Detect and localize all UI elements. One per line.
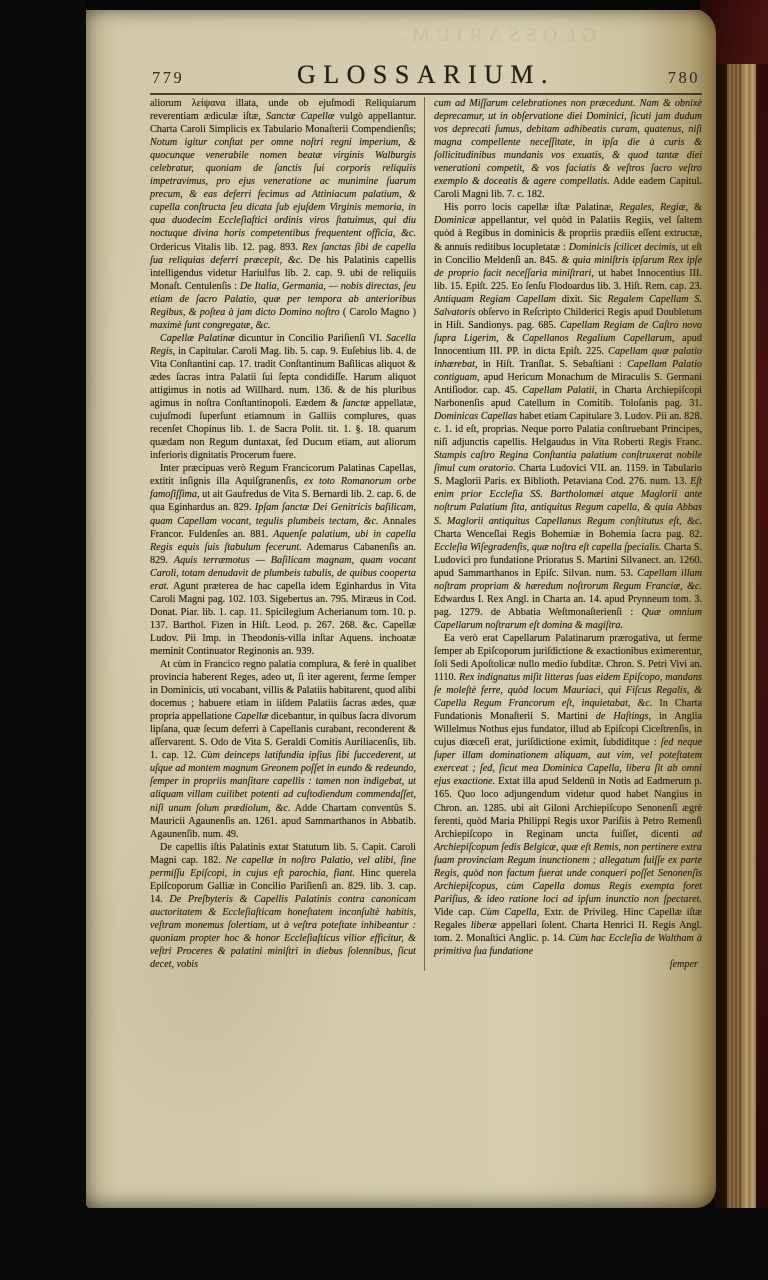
roman-text-segment: Charta Wenceſlai Regis Bohemiæ in Bohemi… [434,529,702,540]
page-edges-strip-light [742,0,756,1280]
italic-text-segment: Notum igitur conſtat per omne noſtri reg… [150,137,416,239]
scan-border-bottom [0,1208,768,1280]
column-779: aliorum λείψανα illata, unde ob ejuſmodi… [150,97,424,971]
italic-text-segment: Capellæ [234,711,268,722]
paragraph: Inter præcipuas verò Regum Francicorum P… [150,462,416,658]
paragraph: Capellæ Palatinæ dicuntur in Concilio Pa… [150,332,416,462]
header-rule [150,93,702,95]
roman-text-segment: , in Hiſt. Tranſlat. S. Sebaſtiani : [475,359,627,370]
paragraph: aliorum λείψανα illata, unde ob ejuſmodi… [150,97,416,332]
italic-text-segment: Capellæ Palatinæ [160,333,235,344]
italic-text-segment: Capellam Palatii [522,385,594,396]
italic-text-segment: de Haſtings [596,711,649,722]
roman-text-segment: ( Carolo Magno ) [343,307,416,318]
roman-text-segment: , & [496,333,522,344]
bleedthrough-title-ghost: GLOSSARIUM. [395,24,596,47]
italic-text-segment: Dominicis ſcilicet decimis [569,242,676,253]
paragraph: De capellis iſtis Palatinis extat Statut… [150,841,416,971]
column-780: cum ad Miſſarum celebrationes non præced… [424,97,702,971]
paragraph: Ea verò erat Capellarum Palatinarum prær… [434,632,702,958]
roman-text-segment: His porro locis capellæ iſtæ Palatinæ, [444,202,619,213]
scan-border-top [0,0,700,10]
italic-text-segment: ad Archiepiſcopum ſedis Belgicæ, quæ eſt… [434,829,702,905]
italic-text-segment: De Preſbyteris & Capellis Palatinis cont… [150,894,416,970]
italic-text-segment: Capellanos Regalium Capellarum [522,333,672,344]
italic-text-segment: ſanctæ [343,398,370,409]
roman-text-segment: Vide cap. [434,907,480,918]
roman-text-segment: dixit. Sic [556,294,608,305]
italic-text-segment: Dominicæ [434,215,476,226]
italic-text-segment: cum ad Miſſarum celebrationes non præced… [434,98,702,187]
columns: aliorum λείψανα illata, unde ob ejuſmodi… [150,97,702,971]
italic-text-segment: Dominicas Capellas [434,411,517,422]
running-header: 779 GLOSSARIUM. 780 [150,60,702,90]
italic-text-segment: liberæ [471,920,497,931]
catchword: ſemper [434,959,702,970]
roman-text-segment: Agunt præterea de hac capella idem Eginh… [150,581,416,657]
text-block: 779 GLOSSARIUM. 780 aliorum λείψανα illa… [150,60,702,971]
page-edges-strip [727,0,742,1280]
italic-text-segment: Cùm Capella [480,907,537,918]
italic-text-segment: Eccleſia Wiſegradenſis, quæ noſtra eſt c… [434,542,661,553]
paragraph: His porro locis capellæ iſtæ Palatinæ, R… [434,201,702,632]
paragraph: At cùm in Francico regno palatia complur… [150,658,416,841]
page-title: GLOSSARIUM. [297,60,555,90]
book-cover-edge [756,0,768,1280]
italic-text-segment: Sanctæ Capellæ [266,111,335,122]
scan-border-left [0,0,86,1280]
italic-text-segment: Antiquam Regiam Capellam [434,294,556,305]
roman-text-segment: & [688,202,702,213]
roman-text-segment: dicuntur in Concilio Pariſienſi VI. [235,333,386,344]
italic-text-segment: Regales, Regiæ, [619,202,688,213]
right-page-number: 780 [668,68,700,88]
left-page-number: 779 [152,68,184,88]
book-page: GLOSSARIUM. 779 GLOSSARIUM. 780 aliorum … [86,8,716,1208]
paragraph: cum ad Miſſarum celebrationes non præced… [434,97,702,201]
roman-text-segment: Ordericus Vitalis lib. 12. pag. 893. [150,242,302,253]
italic-text-segment: maximè ſunt congregatæ, &c. [150,320,270,331]
